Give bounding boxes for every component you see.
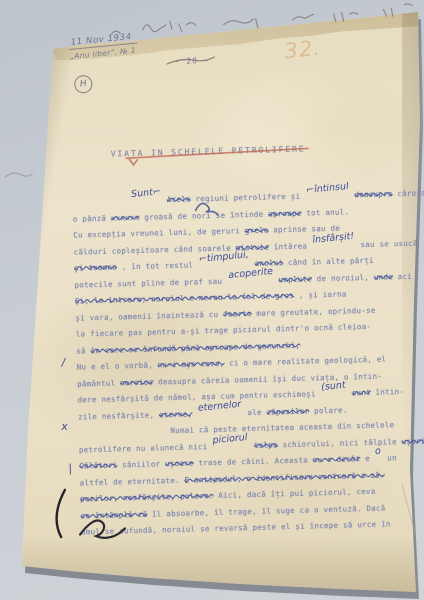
pencil-strike-page-number: [167, 57, 215, 64]
handwriting-overlay: [0, 0, 424, 600]
page-content: 11 Nov 1934 „Anu liber”, № 1 H - 20 - 32…: [0, 0, 424, 600]
paper-crease: [402, 484, 415, 534]
pen-stroke-squiggle: [80, 520, 125, 539]
pencil-mark-left-edge: [5, 173, 33, 178]
document-photo: 11 Nov 1934 „Anu liber”, № 1 H - 20 - 32…: [0, 0, 424, 600]
ink-doodle: [195, 203, 217, 215]
pencil-scribble-top-edge: [110, 4, 412, 35]
pen-stroke-parenthesis: [56, 490, 66, 537]
red-title-underline: [126, 148, 308, 165]
